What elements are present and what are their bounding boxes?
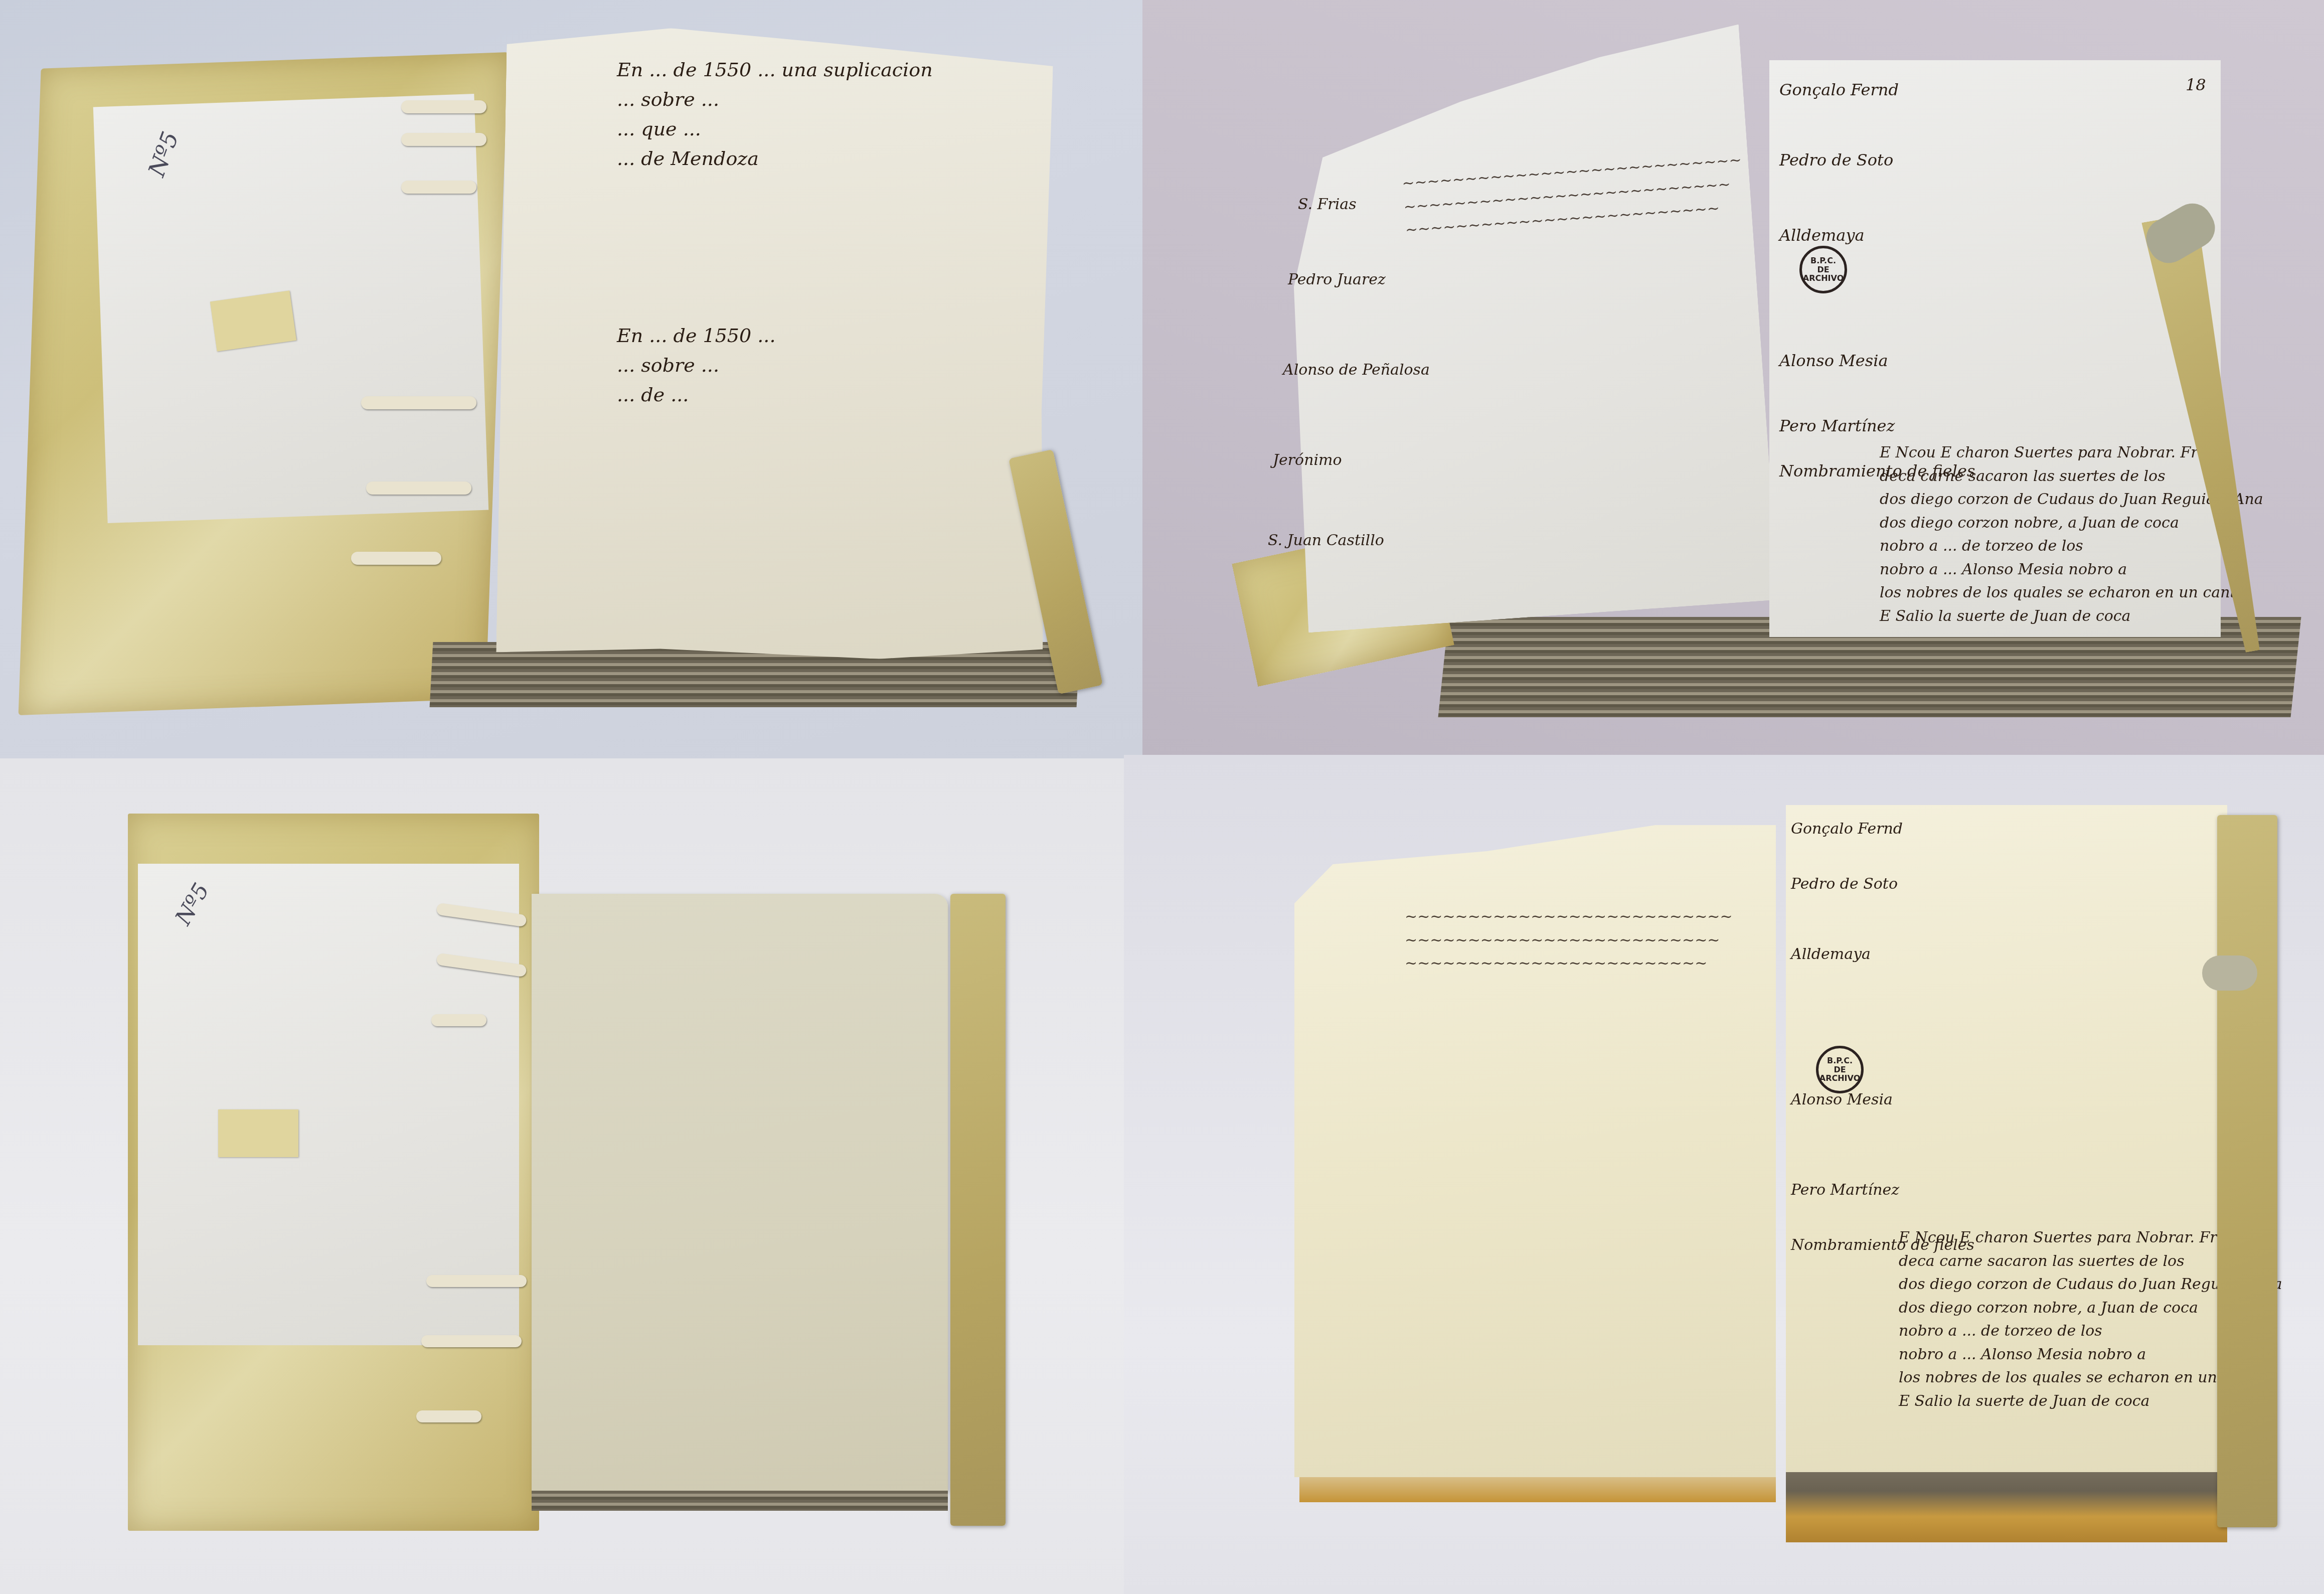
text-line: los nobres de los quales se echaron en u…	[1880, 581, 2263, 605]
text-line: ... sobre ...	[617, 351, 776, 380]
binding-thong	[416, 1410, 481, 1422]
stamp-line: B.P.C.	[1810, 256, 1836, 265]
text-line: En ... de 1550 ... una suplicacion	[617, 55, 933, 85]
archive-stamp: B.P.C. DE ARCHIVO	[1799, 246, 1847, 293]
text-line: ... sobre ...	[617, 85, 933, 114]
blank-flyleaf	[532, 894, 948, 1491]
margin-name: Pero Martínez	[1791, 1181, 1899, 1199]
margin-name: S. Juan Castillo	[1268, 532, 1384, 549]
vellum-flap	[2217, 815, 2277, 1527]
margin-name: Pedro de Soto	[1791, 875, 1898, 893]
text-line: ~~~~~~~~~~~~~~~~~~~~~~~~	[1405, 952, 1733, 976]
binding-thong	[401, 133, 486, 146]
margin-name: Pero Martínez	[1779, 416, 1895, 435]
stamp-line: B.P.C.	[1827, 1056, 1853, 1065]
text-line: ... de ...	[617, 380, 776, 410]
stamp-line: DE	[1817, 265, 1829, 274]
photo-panel-top-right: ~~~~~~~~~~~~~~~~~~~~~~~~~~~ ~~~~~~~~~~~~…	[1142, 0, 2324, 755]
text-line: nobro a ... de torzeo de los	[1880, 535, 2263, 558]
margin-name: Jerónimo	[1273, 451, 1342, 469]
stamp-line: DE	[1834, 1065, 1846, 1074]
photo-panel-bottom-left: Nº5	[0, 758, 1124, 1594]
text-line: ... que ...	[617, 114, 933, 144]
text-line: dos diego corzon nobre, a Juan de coca	[1880, 512, 2263, 535]
archive-stamp: B.P.C. DE ARCHIVO	[1816, 1046, 1864, 1093]
binding-thong	[401, 100, 486, 113]
text-line: E Salio la suerte de Juan de coca	[1880, 605, 2263, 628]
text-line: En ... de 1550 ...	[617, 321, 776, 351]
text-block-edge	[532, 1491, 948, 1511]
stamp-line: ARCHIVO	[1819, 1074, 1861, 1083]
binding-thong	[431, 1014, 486, 1026]
margin-name: Gonçalo Fernd	[1779, 80, 1899, 99]
margin-name: Pedro de Soto	[1779, 150, 1893, 170]
handwritten-entry: En ... de 1550 ... una suplicacion ... s…	[617, 55, 933, 174]
margin-name: Alonso de Peñalosa	[1283, 361, 1430, 379]
binding-thong	[426, 1275, 527, 1287]
cover-pastedown	[138, 864, 519, 1345]
binding-thong	[421, 1335, 522, 1347]
text-line: nobro a ... Alonso Mesia nobro a	[1880, 558, 2263, 582]
margin-name: Pedro Juarez	[1288, 271, 1386, 288]
text-line: ~~~~~~~~~~~~~~~~~~~~~~~~~~	[1405, 905, 1733, 929]
text-line: ... de Mendoza	[617, 144, 933, 174]
text-line: dos diego corzon de Cudaus do Juan Regui…	[1880, 488, 2263, 512]
binding-thong	[401, 181, 476, 194]
left-page-text: ~~~~~~~~~~~~~~~~~~~~~~~~~~ ~~~~~~~~~~~~~…	[1405, 905, 1733, 976]
text-line: ~~~~~~~~~~~~~~~~~~~~~~~~~	[1405, 929, 1733, 952]
stamp-line: ARCHIVO	[1803, 274, 1844, 283]
margin-name: Gonçalo Fernd	[1791, 820, 1903, 838]
margin-name: S. Frias	[1298, 196, 1357, 213]
binding-thong	[366, 482, 471, 495]
handwritten-entry: En ... de 1550 ... ... sobre ... ... de …	[617, 321, 776, 410]
photo-panel-bottom-right: ~~~~~~~~~~~~~~~~~~~~~~~~~~ ~~~~~~~~~~~~~…	[1124, 755, 2324, 1594]
margin-name: Alonso Mesia	[1779, 351, 1888, 370]
vellum-flap	[950, 894, 1006, 1526]
binding-thong	[351, 552, 441, 565]
folio-number: 18	[2186, 75, 2206, 94]
fastening-tab	[218, 1109, 298, 1157]
binding-thong	[361, 396, 476, 409]
photo-panel-top-left: Nº5 En ... de 1550 ... una suplicacion .…	[0, 0, 1142, 758]
margin-name: Alonso Mesia	[1791, 1091, 1893, 1108]
leather-strap	[2202, 955, 2257, 991]
margin-name: Alldemaya	[1791, 945, 1871, 963]
margin-name: Alldemaya	[1779, 226, 1865, 245]
